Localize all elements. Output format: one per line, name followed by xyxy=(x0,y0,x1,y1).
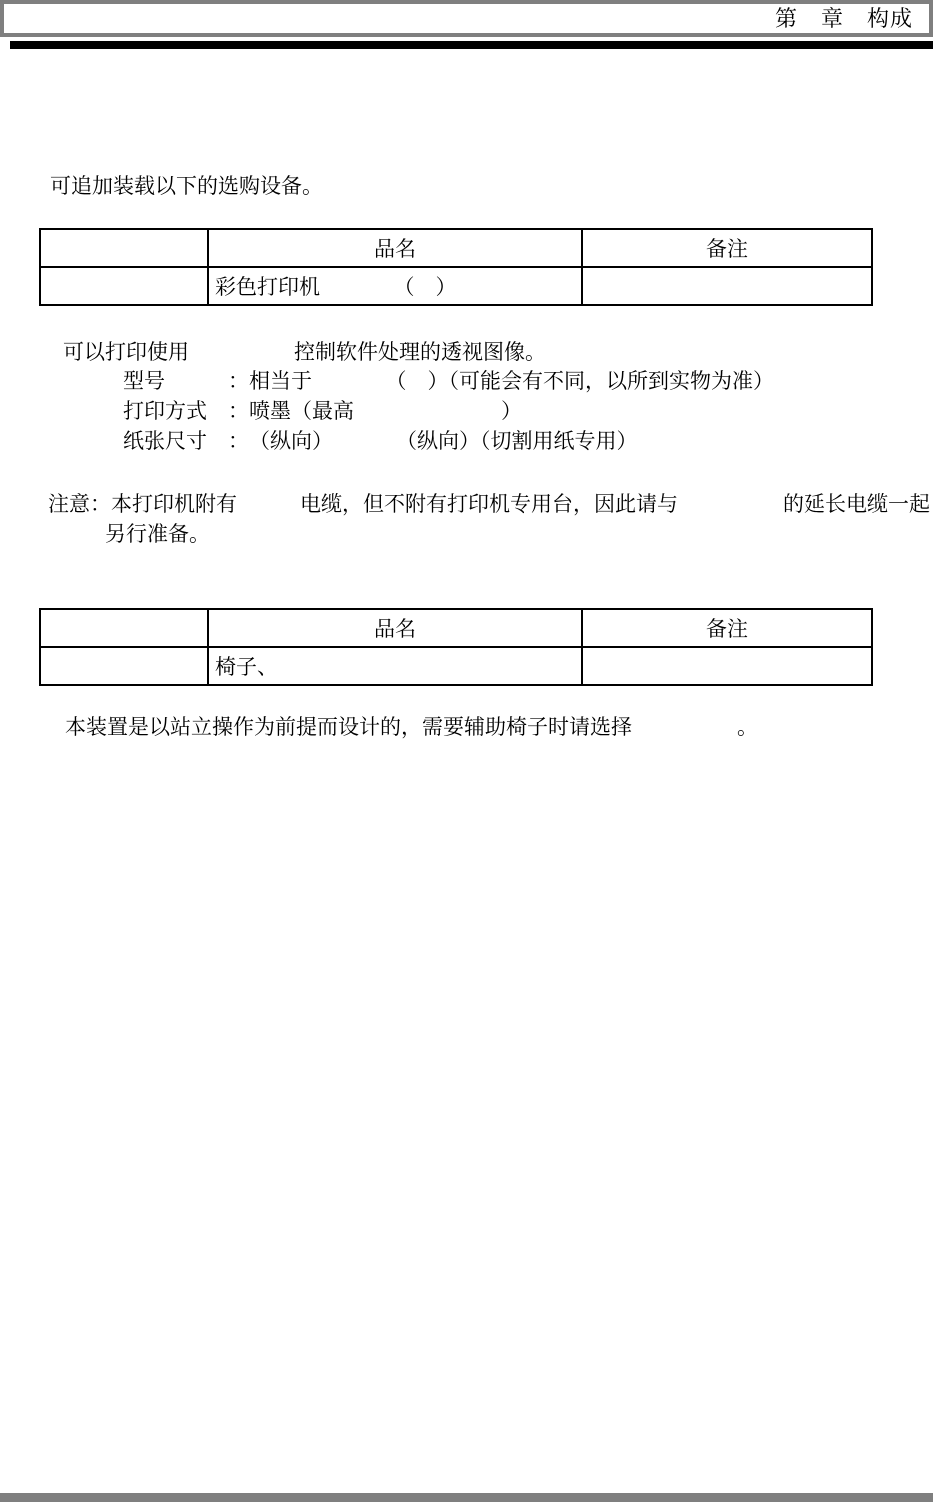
table-row: 彩色打印机 （ ） xyxy=(40,267,872,305)
header-cell-remarks: 备注 xyxy=(582,229,872,267)
header-cell-product-name: 品名 xyxy=(208,229,582,267)
header-cell-empty xyxy=(40,229,208,267)
cell-product-name: 彩色打印机 （ ） xyxy=(208,267,582,305)
cell-product-name: 椅子、 xyxy=(208,647,582,685)
header-cell-product-name: 品名 xyxy=(208,609,582,647)
footer-bar xyxy=(0,1493,933,1502)
cell-empty xyxy=(40,267,208,305)
printer-usage-text: 可以打印使用 控制软件处理的透视图像。 xyxy=(63,342,546,364)
printer-spec-paper: 纸张尺寸 ： （纵向） （纵向）（切割用纸专用） xyxy=(123,431,638,453)
cell-remarks xyxy=(582,267,872,305)
option-table-chair: 品名 备注 椅子、 xyxy=(39,608,873,686)
printer-spec-model: 型号 ：相当于 （ ）（可能会有不同，以所到实物为准） xyxy=(123,371,774,393)
printer-spec-method: 打印方式 ：喷墨（最高 ） xyxy=(123,401,522,423)
header-rule xyxy=(10,41,933,49)
header-cell-remarks: 备注 xyxy=(582,609,872,647)
cell-remarks xyxy=(582,647,872,685)
header-cell-empty xyxy=(40,609,208,647)
table-header-row: 品名 备注 xyxy=(40,229,872,267)
option-table-printer: 品名 备注 彩色打印机 （ ） xyxy=(39,228,873,306)
chapter-title: 第 章 构成 xyxy=(775,8,913,30)
table-row: 椅子、 xyxy=(40,647,872,685)
chapter-header-band: 第 章 构成 xyxy=(0,0,933,37)
chair-note-text: 本装置是以站立操作为前提而设计的，需要辅助椅子时请选择 。 xyxy=(65,717,758,739)
table-header-row: 品名 备注 xyxy=(40,609,872,647)
intro-text: 可追加装载以下的选购设备。 xyxy=(50,176,323,198)
printer-note-line1: 注意：本打印机附有 电缆，但不附有打印机专用台，因此请与 的延长电缆一起 xyxy=(48,494,930,516)
cell-empty xyxy=(40,647,208,685)
printer-note-line2: 另行准备。 xyxy=(105,524,210,546)
manual-page: 第 章 构成 可追加装载以下的选购设备。 品名 备注 彩色打印机 （ ） 可以打… xyxy=(0,0,933,1502)
